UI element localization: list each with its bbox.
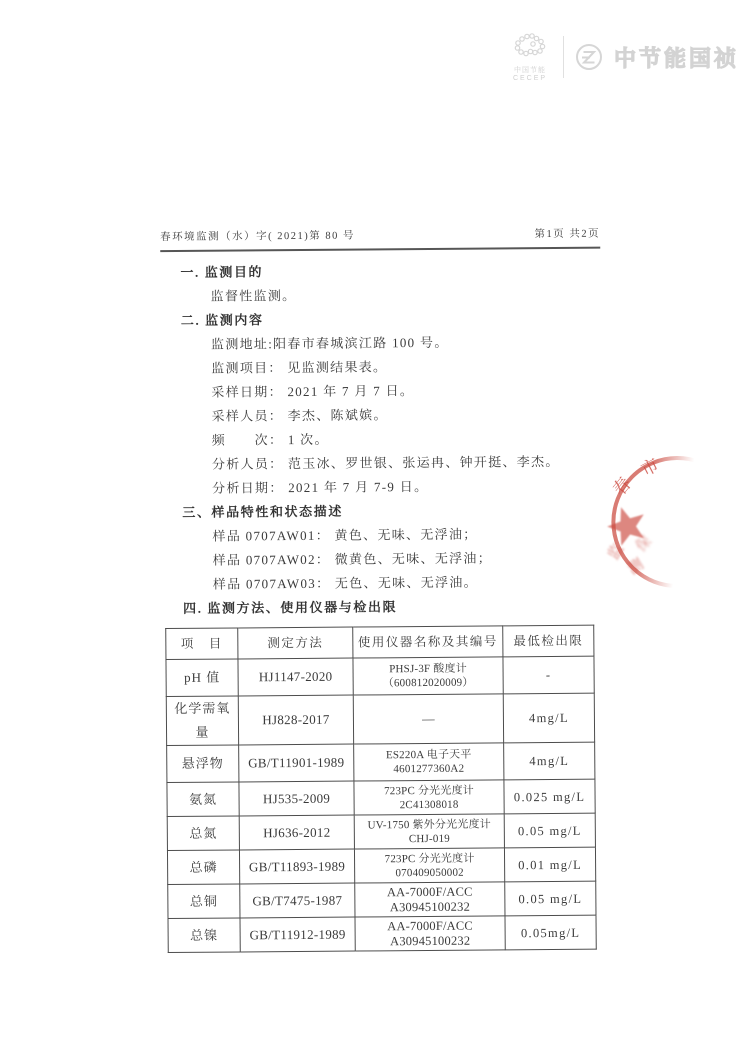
doc-number: 春环境监测（水）字( 2021)第 80 号 bbox=[160, 228, 355, 245]
section3-heading: 三、样品特性和状态描述 bbox=[162, 498, 604, 525]
table-row: 悬浮物 GB/T11901-1989 ES220A 电子天平 460127736… bbox=[167, 742, 595, 782]
table-row: 总磷 GB/T11893-1989 723PC 分光光度计 0704090500… bbox=[167, 847, 595, 884]
col-header-instrument: 使用仪器名称及其编号 bbox=[353, 626, 503, 658]
sample-desc-1: 样品 0707AW01： 黄色、无味、无浮油； bbox=[162, 522, 604, 549]
monitor-items: 监测项目： 见监测结果表。 bbox=[161, 354, 603, 381]
scanned-page: 春环境监测（水）字( 2021)第 80 号 第1页 共2页 一. 监测目的 监… bbox=[0, 0, 743, 1051]
table-row: 总氮 HJ636-2012 UV-1750 紫外分光光度计 CHJ-019 0.… bbox=[167, 813, 595, 850]
page-indicator: 第1页 共2页 bbox=[534, 226, 600, 242]
sample-desc-2: 样品 0707AW02： 微黄色、无味、无浮油； bbox=[163, 546, 605, 573]
table-row: 总镍 GB/T11912-1989 AA-7000F/ACC A30945100… bbox=[168, 915, 596, 952]
seal-fade-overlay bbox=[593, 451, 743, 594]
table-header-row: 项 目 测定方法 使用仪器名称及其编号 最低检出限 bbox=[166, 625, 594, 659]
table-row: 氨氮 HJ535-2009 723PC 分光光度计 2C41308018 0.0… bbox=[167, 779, 595, 816]
col-header-item: 项 目 bbox=[166, 628, 238, 660]
sampling-staff: 采样人员： 李杰、陈斌嫔。 bbox=[161, 402, 603, 429]
table-row: 化学需氧量 HJ828-2017 — 4mg/L bbox=[166, 693, 594, 745]
analysis-date: 分析日期： 2021 年 7 月 7-9 日。 bbox=[162, 474, 604, 501]
section1-heading: 一. 监测目的 bbox=[160, 258, 602, 285]
section1-line: 监督性监测。 bbox=[161, 282, 603, 309]
frequency: 频 次： 1 次。 bbox=[162, 426, 604, 453]
section2-heading: 二. 监测内容 bbox=[161, 306, 603, 333]
report-body: 一. 监测目的 监督性监测。 二. 监测内容 监测地址:阳春市春城滨江路 100… bbox=[160, 258, 607, 953]
section4-heading: 四. 监测方法、使用仪器与检出限 bbox=[163, 594, 605, 621]
sampling-date: 采样日期： 2021 年 7 月 7 日。 bbox=[161, 378, 603, 405]
page-header: 春环境监测（水）字( 2021)第 80 号 第1页 共2页 bbox=[160, 226, 600, 252]
official-seal-stamp: 春 市 保 监 测 bbox=[593, 451, 743, 594]
methods-table: 项 目 测定方法 使用仪器名称及其编号 最低检出限 pH 值 HJ1147-20… bbox=[165, 625, 597, 953]
table-row: 总铜 GB/T7475-1987 AA-7000F/ACC A309451002… bbox=[168, 881, 596, 918]
sample-desc-3: 样品 0707AW03： 无色、无味、无浮油。 bbox=[163, 570, 605, 597]
col-header-method: 测定方法 bbox=[238, 627, 353, 659]
monitor-address: 监测地址:阳春市春城滨江路 100 号。 bbox=[161, 330, 603, 357]
col-header-limit: 最低检出限 bbox=[503, 625, 594, 657]
table-row: pH 值 HJ1147-2020 PHSJ-3F 酸度计 （6008120200… bbox=[166, 656, 594, 696]
analysis-staff: 分析人员： 范玉冰、罗世银、张运冉、钟开挺、李杰。 bbox=[162, 450, 604, 477]
